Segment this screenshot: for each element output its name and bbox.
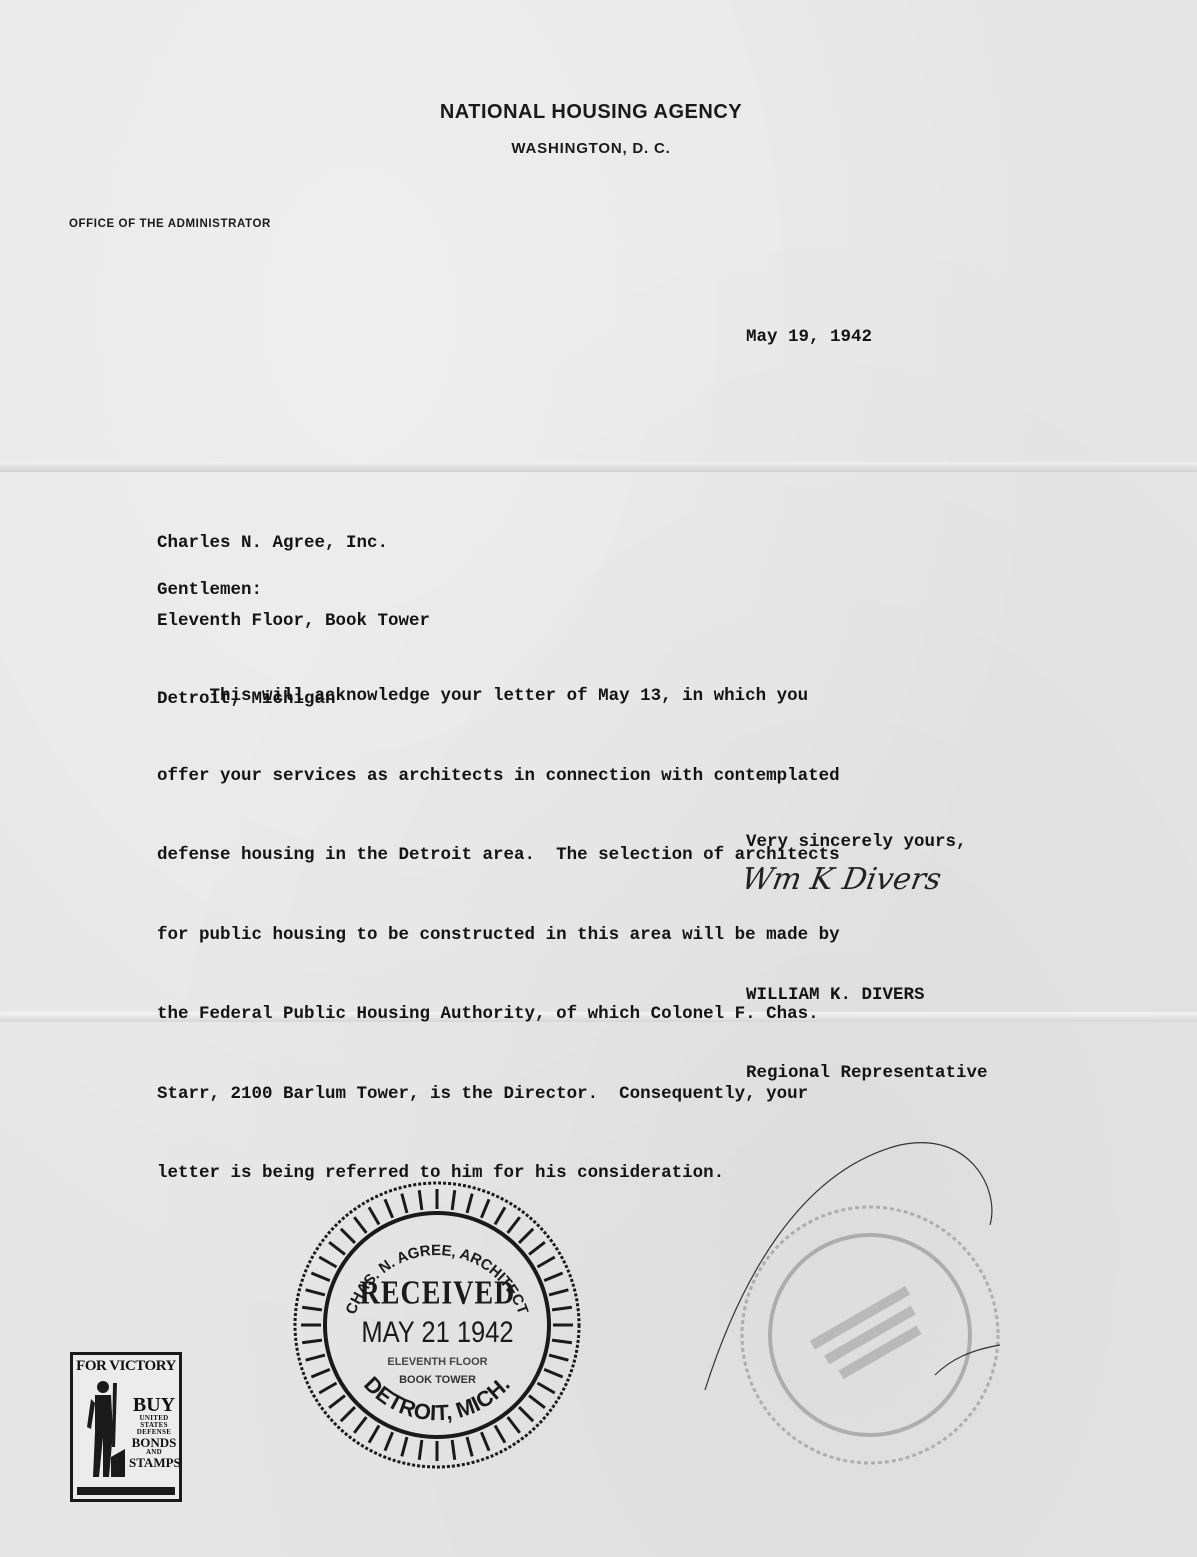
letter-date: May 19, 1942 — [746, 327, 872, 347]
poster-buy-text: BUY UNITED STATES DEFENSE BONDS AND STAM… — [129, 1395, 179, 1469]
stamp-line-2: BOOK TOWER — [290, 1374, 585, 1386]
closing: Very sincerely yours, — [746, 832, 967, 852]
letterhead-office: OFFICE OF THE ADMINISTRATOR — [69, 218, 271, 230]
victory-bonds-poster: FOR VICTORY BUY UNITED STATES DEFENSE BO… — [70, 1352, 182, 1502]
recipient-line: Charles N. Agree, Inc. — [157, 530, 430, 556]
body-line: offer your services as architects in con… — [157, 763, 840, 790]
letter-body: This will acknowledge your letter of May… — [157, 630, 840, 1213]
pencil-curve-mark — [700, 1130, 1030, 1430]
body-line: for public housing to be constructed in … — [157, 922, 840, 949]
poster-title: FOR VICTORY — [73, 1358, 179, 1375]
handwritten-signature: Wm K Divers — [739, 862, 944, 897]
body-line: defense housing in the Detroit area. The… — [157, 842, 840, 869]
stamp-line-1: ELEVENTH FLOOR — [290, 1356, 585, 1368]
body-line: Starr, 2100 Barlum Tower, is the Directo… — [157, 1081, 840, 1108]
body-line: This will acknowledge your letter of May… — [157, 683, 840, 710]
poster-base — [77, 1487, 175, 1495]
signer-name: WILLIAM K. DIVERS — [746, 982, 988, 1008]
letterhead-agency: NATIONAL HOUSING AGENCY — [0, 101, 1182, 124]
salutation: Gentlemen: — [157, 580, 262, 600]
body-line: the Federal Public Housing Authority, of… — [157, 1001, 840, 1028]
stamp-received-label: RECEIVED — [290, 1275, 585, 1313]
signer-title: Regional Representative — [746, 1060, 988, 1086]
received-stamp: CHAS. N. AGREE, ARCHITECT DETROIT, MICH.… — [290, 1178, 585, 1473]
signer-block: WILLIAM K. DIVERS Regional Representativ… — [746, 930, 988, 1112]
paper-fold-upper — [0, 462, 1197, 472]
letterhead-city: WASHINGTON, D. C. — [0, 140, 1182, 157]
stamp-date: MAY 21 1942 — [312, 1316, 563, 1350]
minuteman-figure-icon — [83, 1377, 125, 1485]
